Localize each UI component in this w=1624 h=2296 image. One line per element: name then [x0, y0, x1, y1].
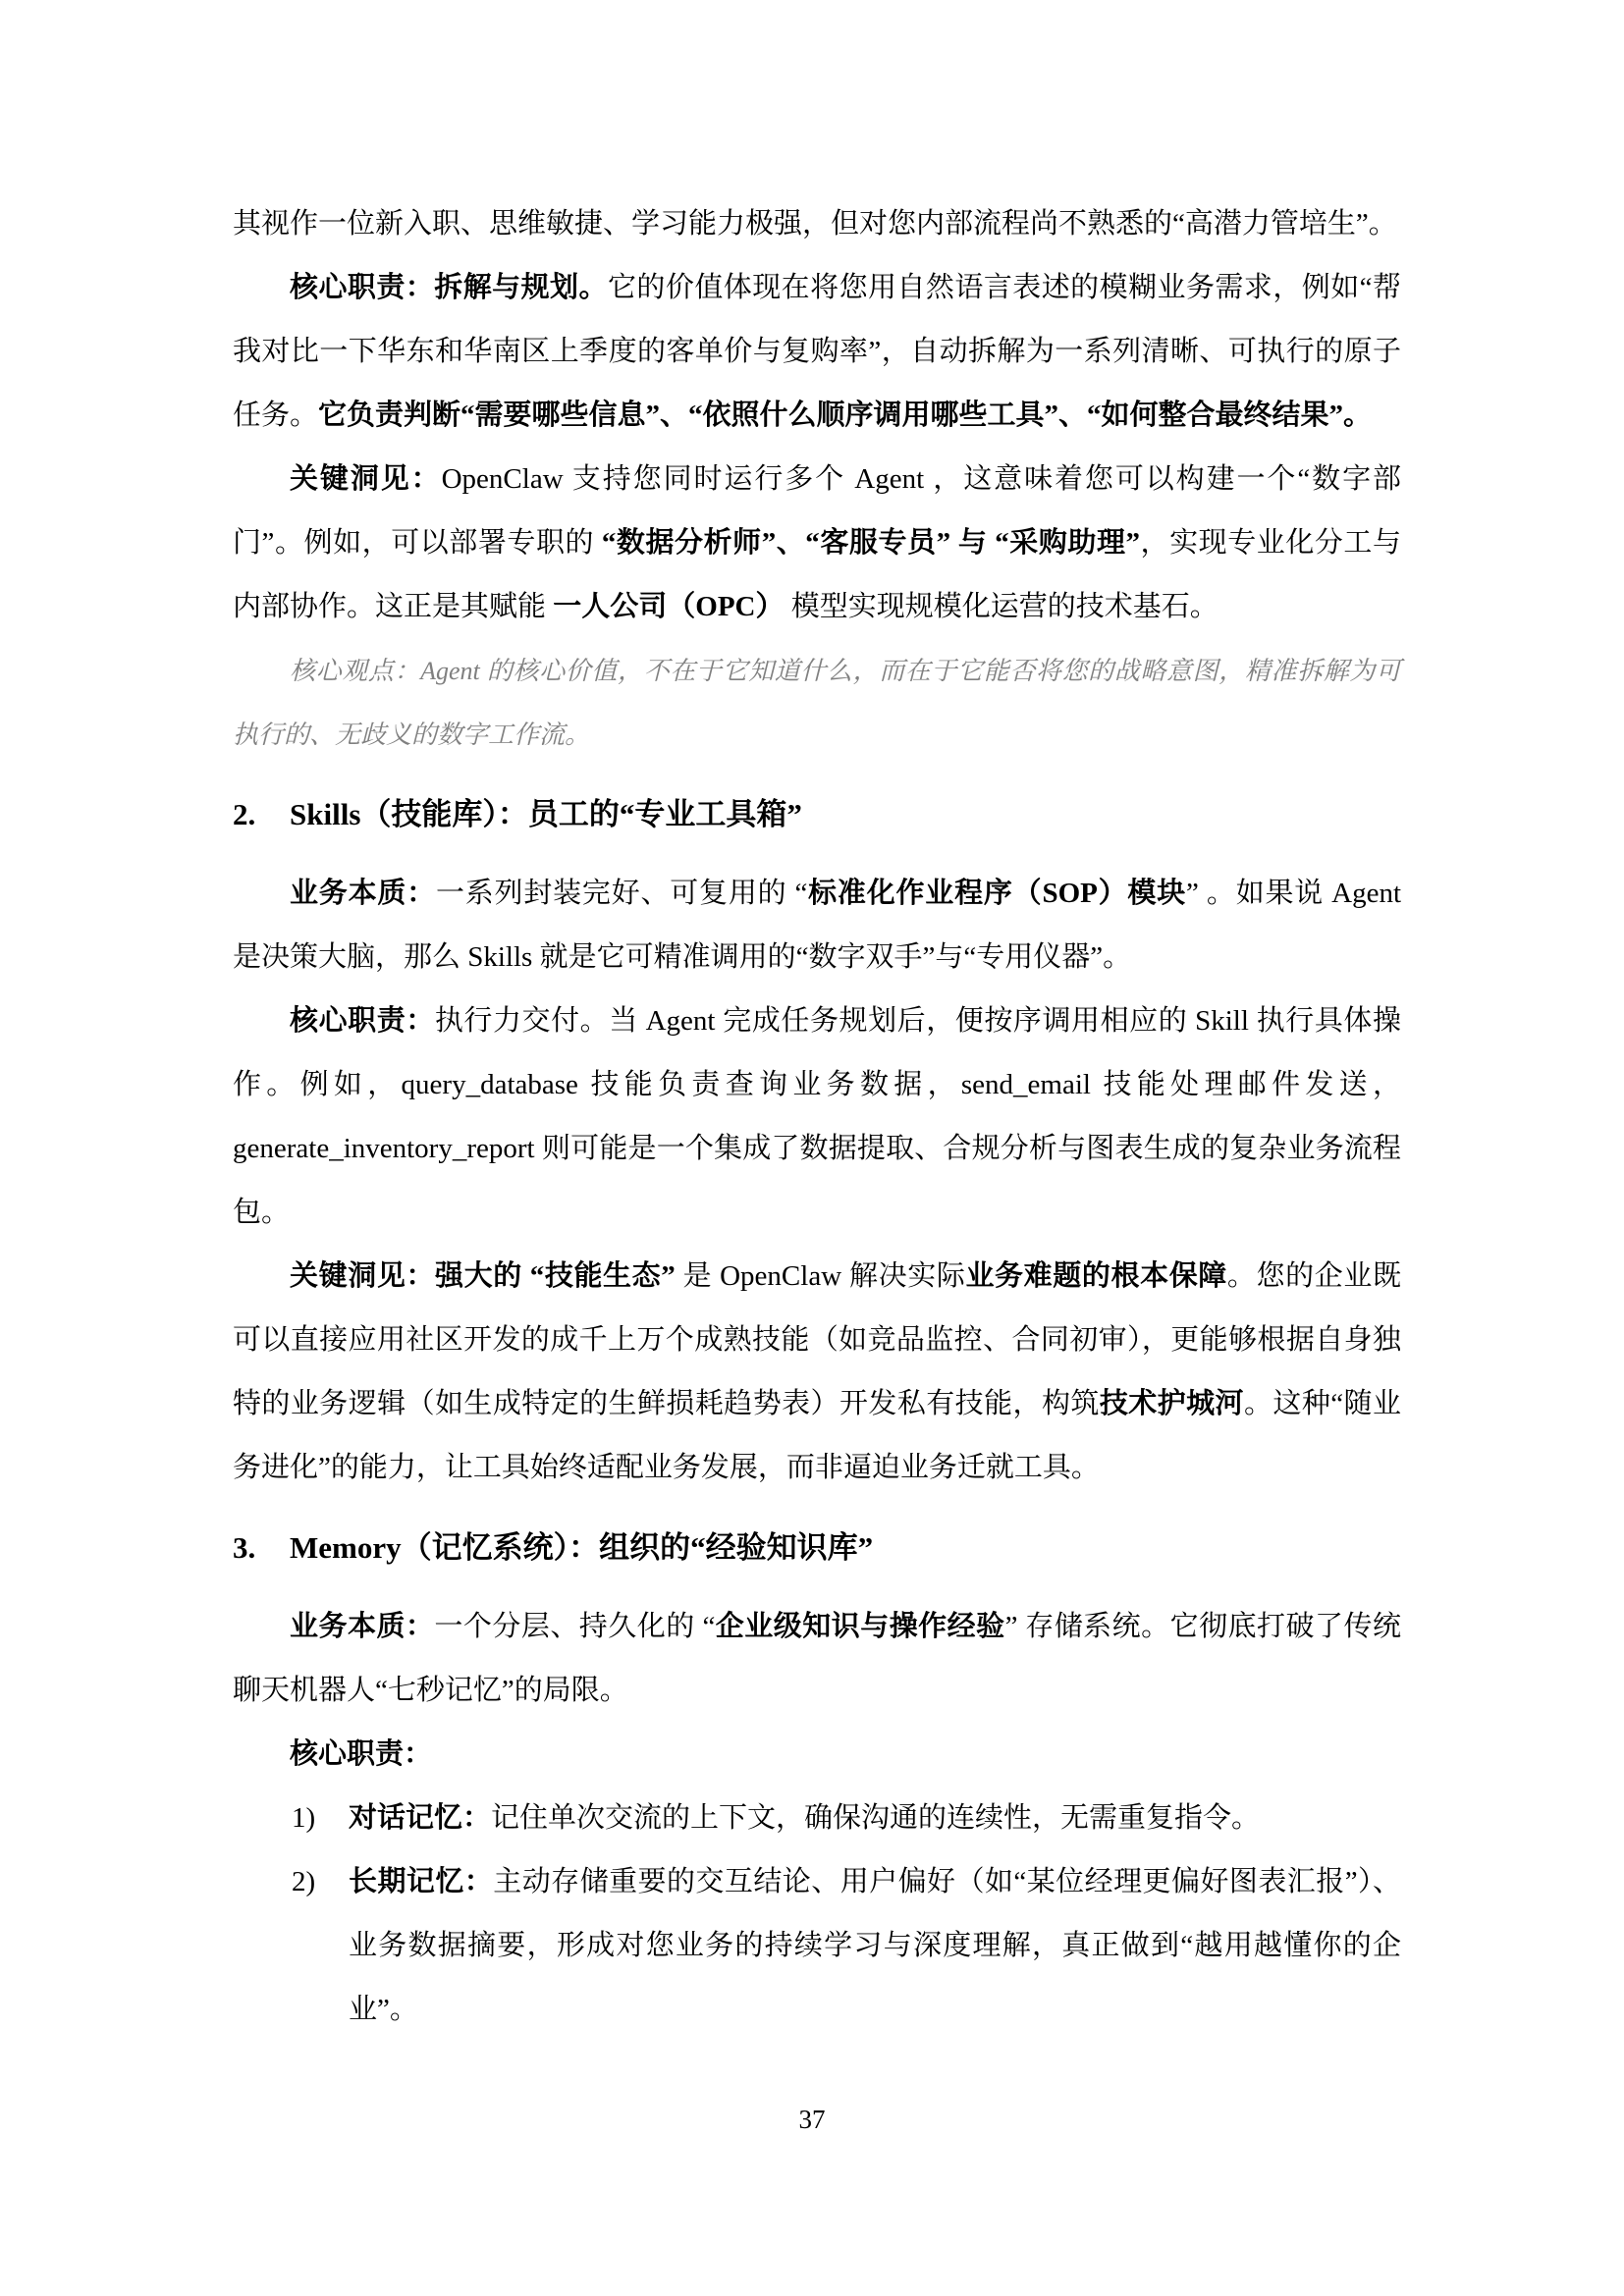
paragraph: 业务本质：一个分层、持久化的 “企业级知识与操作经验” 存储系统。它彻底打破了传…: [233, 1595, 1401, 1723]
paragraph: 核心职责：拆解与规划。它的价值体现在将您用自然语言表述的模糊业务需求，例如“帮我…: [233, 256, 1401, 448]
text-run-bold: “数据分析师”、“客服专员” 与 “采购助理”: [602, 527, 1140, 559]
text-run-bold: 关键洞见：: [290, 463, 442, 495]
page-number: 37: [0, 2104, 1624, 2135]
heading-title: Skills（技能库）：员工的“专业工具箱”: [290, 797, 802, 831]
paragraph: 业务本质：一系列封装完好、可复用的 “标准化作业程序（SOP）模块” 。如果说 …: [233, 862, 1401, 989]
section-heading: 3.Memory（记忆系统）：组织的“经验知识库”: [233, 1516, 1401, 1579]
text-run-bold: 对话记忆：: [349, 1802, 491, 1834]
list-item-number: 1): [292, 1787, 315, 1850]
text-run-bold: 业务本质：: [290, 878, 436, 909]
text-run: 执行力交付。当 Agent 完成任务规划后，便按序调用相应的 Skill 执行具…: [233, 1005, 1401, 1228]
heading-number: 3.: [233, 1516, 290, 1579]
text-run-bold: 核心职责：拆解与规划。: [290, 272, 608, 303]
text-run-bold: 核心职责：: [290, 1005, 435, 1037]
text-run: 一个分层、持久化的 “: [434, 1611, 715, 1642]
text-run: 模型实现规模化运营的技术基石。: [784, 591, 1218, 622]
paragraph: 其视作一位新入职、思维敏捷、学习能力极强，但对您内部流程尚不熟悉的“高潜力管培生…: [233, 192, 1401, 256]
list-item: 2)长期记忆：主动存储重要的交互结论、用户偏好（如“某位经理更偏好图表汇报”）、…: [233, 1850, 1401, 2042]
text-run: 一系列封装完好、可复用的 “: [436, 878, 807, 909]
section-heading: 2.Skills（技能库）：员工的“专业工具箱”: [233, 782, 1401, 846]
italic-note: 核心观点：Agent 的核心价值，不在于它知道什么，而在于它能否将您的战略意图，…: [233, 639, 1401, 767]
text-run-bold: 技术护城河: [1100, 1388, 1244, 1419]
text-run: 其视作一位新入职、思维敏捷、学习能力极强，但对您内部流程尚不熟悉的“高潜力管培生…: [233, 208, 1397, 240]
list-item: 1)对话记忆：记住单次交流的上下文，确保沟通的连续性，无需重复指令。: [233, 1787, 1401, 1850]
text-run-bold: 一人公司（OPC）: [553, 591, 784, 622]
text-run: 记住单次交流的上下文，确保沟通的连续性，无需重复指令。: [491, 1802, 1260, 1834]
text-run: 主动存储重要的交互结论、用户偏好（如“某位经理更偏好图表汇报”）、业务数据摘要，…: [349, 1866, 1401, 2025]
text-run: 核心观点：Agent 的核心价值，不在于它知道什么，而在于它能否将您的战略意图，…: [233, 657, 1401, 749]
text-run-bold: 业务难题的根本保障: [965, 1260, 1226, 1292]
text-run-bold: 业务本质：: [290, 1611, 434, 1642]
paragraph: 核心职责：执行力交付。当 Agent 完成任务规划后，便按序调用相应的 Skil…: [233, 989, 1401, 1245]
document-page: 其视作一位新入职、思维敏捷、学习能力极强，但对您内部流程尚不熟悉的“高潜力管培生…: [0, 0, 1624, 2296]
text-run-bold: 长期记忆：: [349, 1866, 493, 1897]
paragraph: 关键洞见：强大的 “技能生态” 是 OpenClaw 解决实际业务难题的根本保障…: [233, 1245, 1401, 1500]
text-run-bold: 它负责判断“需要哪些信息”、“依照什么顺序调用哪些工具”、“如何整合最终结果”。: [318, 400, 1372, 431]
paragraph: 关键洞见：OpenClaw 支持您同时运行多个 Agent ，这意味着您可以构建…: [233, 448, 1401, 639]
text-run: 是 OpenClaw 解决实际: [676, 1260, 966, 1292]
text-run-bold: 企业级知识与操作经验: [715, 1611, 1004, 1642]
document-body: 其视作一位新入职、思维敏捷、学习能力极强，但对您内部流程尚不熟悉的“高潜力管培生…: [233, 192, 1401, 2042]
text-run-bold: 关键洞见：强大的 “技能生态”: [290, 1260, 676, 1292]
heading-number: 2.: [233, 782, 290, 846]
list-item-number: 2): [292, 1850, 315, 1914]
text-run-bold: 核心职责：: [290, 1738, 432, 1770]
text-run-bold: 标准化作业程序（SOP）模块: [807, 878, 1186, 909]
heading-title: Memory（记忆系统）：组织的“经验知识库”: [290, 1530, 873, 1565]
paragraph: 核心职责：: [233, 1723, 1401, 1787]
